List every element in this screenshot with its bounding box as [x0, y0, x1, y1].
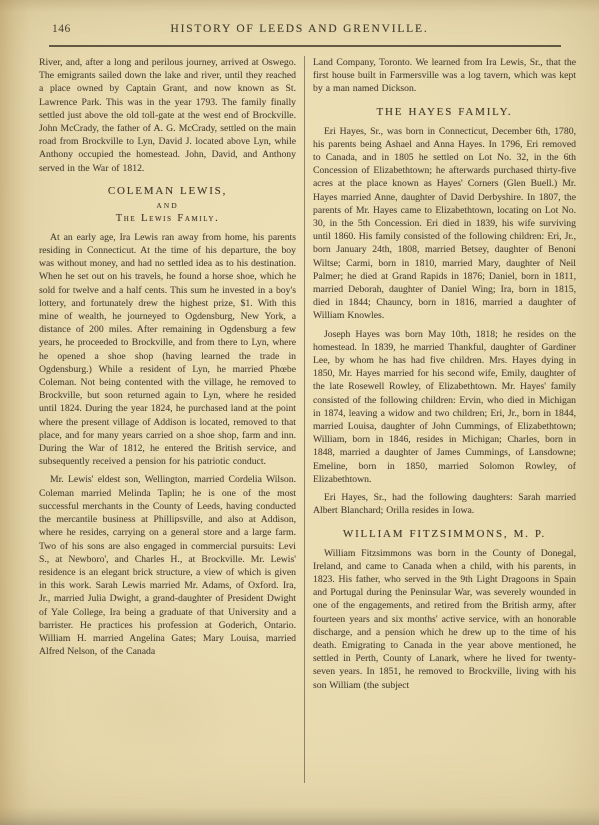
paragraph-william-fitzsimmons: William Fitzsimmons was born in the Coun… [313, 547, 576, 692]
heading-line-main: COLEMAN LEWIS, [39, 184, 296, 198]
column-divider [304, 56, 305, 783]
paragraph-ira-lewis-early-life: At an early age, Ira Lewis ran away from… [39, 231, 296, 469]
page-bottom-edge-shading [0, 807, 599, 825]
heading-line-and: AND [39, 200, 296, 211]
running-title: HISTORY OF LEEDS AND GRENVILLE. [0, 23, 599, 35]
paragraph-mccrady-continuation: River, and, after a long and perilous jo… [39, 56, 296, 175]
heading-line-sub: The Lewis Family. [39, 213, 296, 225]
left-column: River, and, after a long and perilous jo… [39, 56, 296, 663]
page-gutter-shading [0, 0, 30, 825]
right-column: Land Company, Toronto. We learned from I… [313, 56, 576, 697]
header-rule [49, 45, 561, 47]
page-top-edge-shading [0, 0, 599, 12]
section-heading-william-fitzsimmons: WILLIAM FITZSIMMONS, M. P. [313, 527, 576, 541]
paragraph-eri-hayes-sr: Eri Hayes, Sr., was born in Connecticut,… [313, 125, 576, 323]
paragraph-hayes-daughters: Eri Hayes, Sr., had the following daught… [313, 491, 576, 517]
book-page-scan: 146 HISTORY OF LEEDS AND GRENVILLE. Rive… [0, 0, 599, 825]
section-heading-coleman-lewis: COLEMAN LEWIS, AND The Lewis Family. [39, 184, 296, 225]
paragraph-lewis-children: Mr. Lewis' eldest son, Wellington, marri… [39, 473, 296, 658]
paragraph-land-company-continuation: Land Company, Toronto. We learned from I… [313, 56, 576, 96]
section-heading-hayes-family: THE HAYES FAMILY. [313, 105, 576, 119]
paragraph-joseph-hayes: Joseph Hayes was born May 10th, 1818; he… [313, 328, 576, 486]
